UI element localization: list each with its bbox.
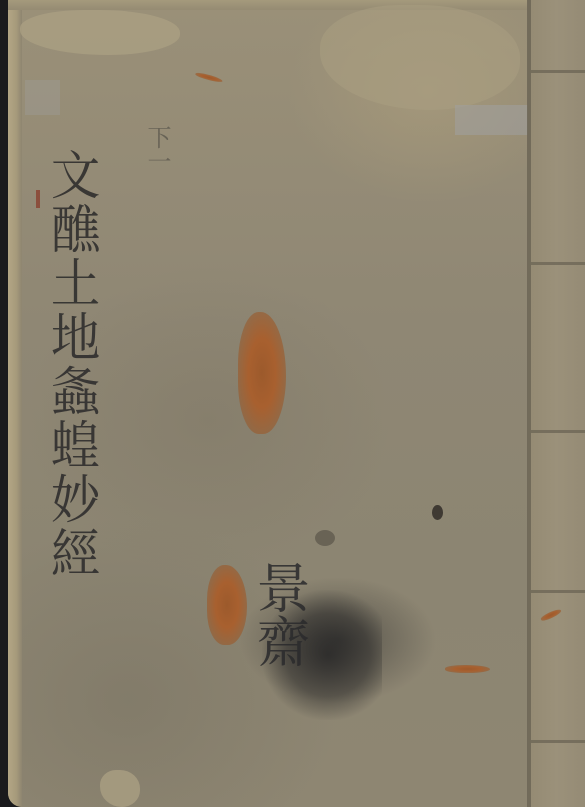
- ink-spot: [315, 530, 335, 546]
- ink-spot: [432, 505, 443, 520]
- tape-patch: [25, 80, 60, 115]
- cover-top-edge: [8, 0, 585, 10]
- worn-patch: [100, 770, 140, 807]
- binding-stitch: [531, 262, 585, 265]
- rust-stain: [445, 665, 490, 673]
- binding-thread: [527, 0, 531, 807]
- binding-strip: [528, 0, 585, 807]
- signature-studio-name: 景齋: [248, 560, 318, 668]
- binding-stitch: [531, 70, 585, 73]
- tape-patch: [455, 105, 530, 135]
- faint-ink-marks: 下一: [140, 125, 175, 173]
- binding-stitch: [531, 740, 585, 743]
- binding-stitch: [531, 590, 585, 593]
- binding-stitch: [531, 430, 585, 433]
- rust-stain: [238, 312, 286, 434]
- manuscript-title: 文醮土地螽蝗妙經: [20, 148, 96, 580]
